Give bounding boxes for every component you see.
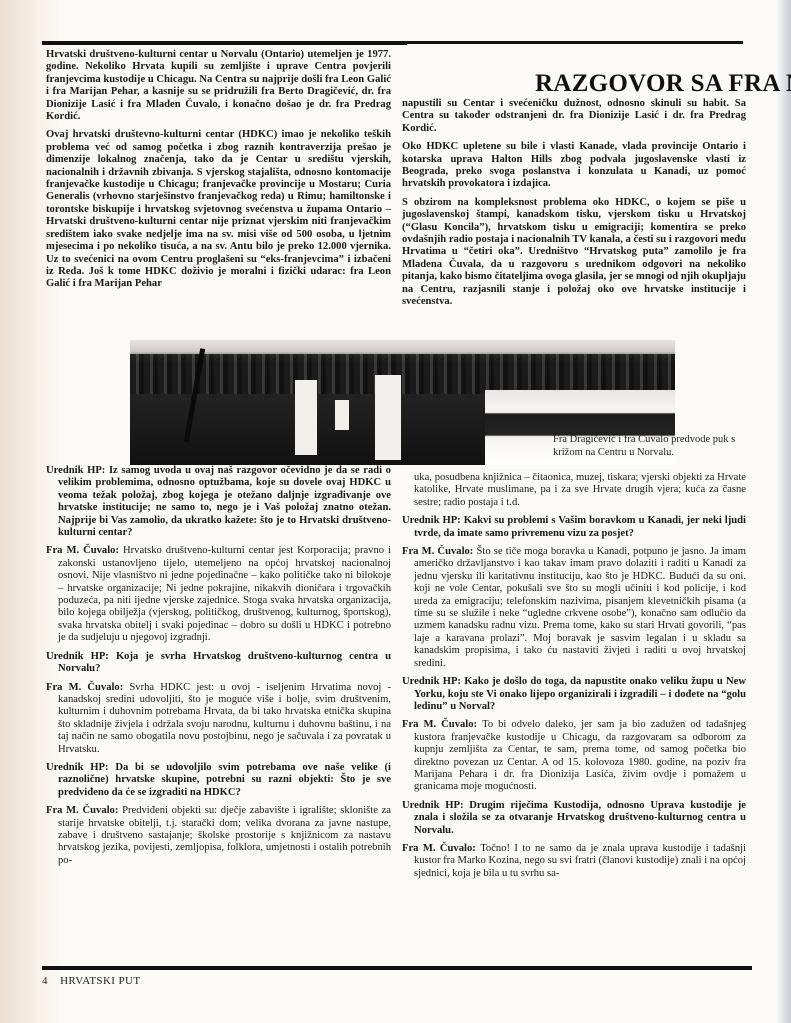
intro-paragraph: napustili su Centar i svećeničku dužnost… — [402, 98, 746, 135]
speaker-label: Fra M. Čuvalo: — [46, 805, 118, 816]
intro-paragraph: Oko HDKC upletene su bile i vlasti Kanad… — [402, 141, 746, 191]
speaker-label: Urednik HP: — [46, 465, 105, 476]
top-rule-right — [407, 41, 743, 44]
interview-question: Urednik HP: Kako je došlo do toga, da na… — [402, 676, 746, 713]
page-footer: 4 HRVATSKI PUT — [42, 975, 141, 987]
crowd-silhouette — [130, 354, 675, 394]
scan-right-edge — [777, 0, 791, 1023]
interview-answer: Fra M. Čuvalo: Točno! I to ne samo da je… — [402, 843, 746, 880]
speaker-label: Fra M. Čuvalo: — [402, 719, 477, 730]
publication-name: HRVATSKI PUT — [60, 975, 140, 987]
page-number: 4 — [42, 975, 48, 987]
speaker-label: Urednik HP: — [402, 515, 461, 526]
speaker-label: Urednik HP: — [46, 762, 109, 773]
interview-question: Urednik HP: Koja je svrha Hrvatskog druš… — [46, 651, 391, 676]
speaker-label: Fra M. Čuvalo: — [46, 682, 123, 693]
speaker-label: Fra M. Čuvalo: — [402, 546, 473, 557]
interview-answer: Fra M. Čuvalo: Što se tiče moga boravka … — [402, 546, 746, 670]
interview-answer: Fra M. Čuvalo: To bi odvelo daleko, jer … — [402, 719, 746, 793]
interview-question: Urednik HP: Kakvi su problemi s Vašim bo… — [402, 515, 746, 540]
intro-paragraph: Hrvatski društveno-kulturni centar u Nor… — [46, 49, 391, 123]
priest-figure — [375, 375, 401, 460]
answer-text: Hrvatsko društveno-kulturni centar jest … — [58, 545, 391, 643]
speaker-label: Fra M. Čuvalo: — [46, 545, 119, 556]
answer-text: Što se tiče moga boravka u Kanadi, potpu… — [414, 546, 746, 669]
question-text: Kakvi su problemi s Vašim boravkom u Kan… — [414, 515, 746, 538]
intro-column-right: napustili su Centar i svećeničku dužnost… — [402, 98, 746, 315]
photo-caption: Fra Dragičević i fra Čuvalo predvode puk… — [553, 433, 743, 459]
question-text: Drugim riječima Kustodija, odnosno Uprav… — [414, 800, 746, 836]
interview-column-right: uka, posudbena knjižnica – čitaonica, mu… — [402, 472, 746, 886]
priest-figure — [295, 380, 317, 455]
interview-question: Urednik HP: Da bi se udovoljilo svim pot… — [46, 762, 391, 799]
answer-continuation: uka, posudbena knjižnica – čitaonica, mu… — [402, 472, 746, 509]
top-rule-left — [42, 41, 407, 45]
speaker-label: Urednik HP: — [402, 800, 463, 811]
bottom-rule — [42, 966, 752, 970]
intro-column-left: Hrvatski društveno-kulturni centar u Nor… — [46, 49, 391, 297]
speaker-label: Urednik HP: — [402, 676, 461, 687]
intro-paragraph: S obzirom na kompleksnost problema oko H… — [402, 197, 746, 309]
interview-answer: Fra M. Čuvalo: Svrha HDKC jest: u ovoj -… — [46, 682, 391, 756]
interview-answer: Fra M. Čuvalo: Predviđeni objekti su: dj… — [46, 805, 391, 867]
article-headline: RAZGOVOR SA FRA M — [535, 70, 791, 98]
speaker-label: Urednik HP: — [46, 651, 109, 662]
speaker-label: Fra M. Čuvalo: — [402, 843, 476, 854]
interview-column-left: Urednik HP: Iz samog uvoda u ovaj naš ra… — [46, 465, 391, 873]
interview-answer: Fra M. Čuvalo: Hrvatsko društveno-kultur… — [46, 545, 391, 644]
interview-question: Urednik HP: Iz samog uvoda u ovaj naš ra… — [46, 465, 391, 539]
question-text: Iz samog uvoda u ovaj naš razgovor očevi… — [58, 465, 391, 538]
interview-question: Urednik HP: Drugim riječima Kustodija, o… — [402, 800, 746, 837]
question-text: Kako je došlo do toga, da napustite onak… — [414, 676, 746, 712]
child-figure — [335, 400, 349, 430]
intro-paragraph: Ovaj hrvatski društevno-kulturni centar … — [46, 129, 391, 290]
answer-text: uka, posudbena knjižnica – čitaonica, mu… — [414, 472, 746, 508]
